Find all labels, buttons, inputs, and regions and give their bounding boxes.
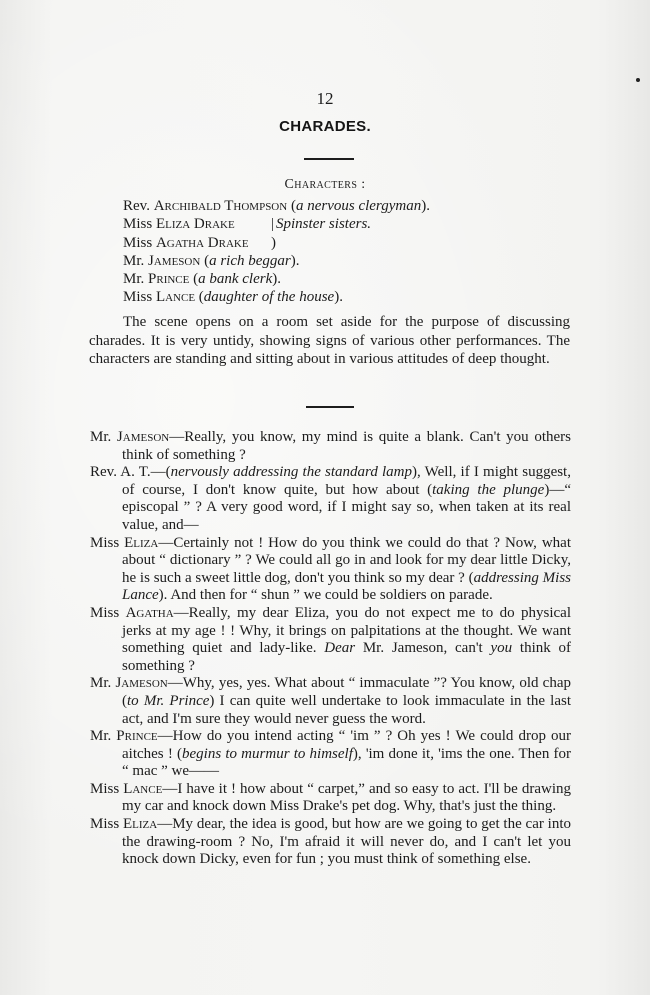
character-entry: Miss Eliza Drake|Spinster sisters. bbox=[123, 215, 430, 233]
speaker-label: Lance bbox=[123, 781, 162, 797]
character-entry: Mr. Prince (a bank clerk). bbox=[123, 270, 430, 288]
stage-direction: Dear bbox=[324, 640, 355, 656]
speaker-prefix: Mr. bbox=[90, 429, 117, 445]
character-entry: Rev. Archibald Thompson (a nervous clerg… bbox=[123, 197, 430, 215]
speech-text: ). And then for “ shun ” we could be sol… bbox=[159, 587, 493, 603]
speech-text: —Really, you know, my mind is quite a bl… bbox=[122, 429, 571, 463]
speaker-label: Prince bbox=[116, 728, 157, 744]
speaker-prefix: Miss bbox=[90, 816, 123, 832]
dialogue-line: Miss Eliza—My dear, the idea is good, bu… bbox=[90, 816, 571, 869]
speaker-prefix: Rev. bbox=[90, 464, 120, 480]
speaker-prefix: Miss bbox=[90, 781, 123, 797]
speaker-label: Eliza bbox=[123, 816, 157, 832]
character-description: a nervous clergyman bbox=[296, 198, 421, 214]
speaker-name: Mr. Jameson bbox=[90, 429, 169, 445]
dialogue: Mr. Jameson—Really, you know, my mind is… bbox=[90, 429, 571, 869]
character-prefix: Mr. bbox=[123, 271, 148, 287]
character-prefix: Miss bbox=[123, 216, 156, 232]
dialogue-line: Miss Eliza—Certainly not ! How do you th… bbox=[90, 535, 571, 605]
bracket-mark: ) bbox=[271, 234, 276, 252]
character-entry: Mr. Jameson (a rich beggar). bbox=[123, 252, 430, 270]
character-name: Archibald Thompson bbox=[154, 198, 288, 214]
speaker-name: Miss Agatha bbox=[90, 605, 174, 621]
stage-direction: to Mr. Prince bbox=[127, 693, 209, 709]
speaker-name: Miss Eliza bbox=[90, 535, 158, 551]
punctuation: ). bbox=[272, 271, 281, 287]
character-group-note: |Spinster sisters. bbox=[271, 215, 371, 233]
speaker-name: Rev. A. T. bbox=[90, 464, 151, 480]
character-name: Agatha Drake bbox=[156, 235, 249, 251]
stage-direction: nervously addressing the standard lamp bbox=[171, 464, 412, 480]
speaker-prefix: Miss bbox=[90, 535, 124, 551]
stage-direction: you bbox=[490, 640, 512, 656]
dialogue-line: Rev. A. T.—(nervously addressing the sta… bbox=[90, 464, 571, 534]
character-name: Jameson bbox=[148, 253, 200, 269]
dialogue-line: Mr. Prince—How do you intend acting “ 'i… bbox=[90, 728, 571, 781]
dialogue-line: Mr. Jameson—Why, yes, yes. What about “ … bbox=[90, 675, 571, 728]
page-number: 12 bbox=[0, 89, 650, 109]
scene-intro: The scene opens on a room set aside for … bbox=[89, 313, 570, 369]
page-title: CHARADES. bbox=[0, 118, 650, 135]
character-entry: Miss Lance (daughter of the house). bbox=[123, 288, 430, 306]
speaker-label: Jameson bbox=[117, 429, 169, 445]
character-description: daughter of the house bbox=[204, 289, 334, 305]
dialogue-line: Mr. Jameson—Really, you know, my mind is… bbox=[90, 429, 571, 464]
dialogue-line: Miss Lance—I have it ! how about “ carpe… bbox=[90, 781, 571, 816]
character-prefix: Miss bbox=[123, 235, 156, 251]
punctuation: ). bbox=[291, 253, 300, 269]
punctuation: ( bbox=[195, 289, 204, 305]
character-entry: Miss Agatha Drake) bbox=[123, 234, 430, 252]
speaker-prefix: Mr. bbox=[90, 675, 115, 691]
note-text: Spinster sisters. bbox=[276, 216, 371, 232]
speech-text: —I have it ! how about “ carpet,” and so… bbox=[122, 781, 571, 815]
speaker-name: Miss Eliza bbox=[90, 816, 157, 832]
speaker-name: Mr. Prince bbox=[90, 728, 158, 744]
speaker-prefix: Mr. bbox=[90, 728, 116, 744]
character-name: Prince bbox=[148, 271, 189, 287]
bracket-mark: | bbox=[271, 215, 274, 233]
speech-text: —My dear, the idea is good, but how are … bbox=[122, 816, 571, 867]
speech-text: —( bbox=[151, 464, 171, 480]
character-description: a rich beggar bbox=[209, 253, 291, 269]
speaker-label: Jameson bbox=[115, 675, 167, 691]
speech-text: Mr. Jameson, can't bbox=[355, 640, 490, 656]
punctuation: ( bbox=[287, 198, 296, 214]
characters-heading: Characters : bbox=[0, 177, 650, 193]
divider-rule bbox=[306, 406, 354, 408]
punctuation: ). bbox=[334, 289, 343, 305]
character-name: Eliza Drake bbox=[156, 216, 235, 232]
divider-rule bbox=[304, 158, 354, 160]
ink-speck bbox=[636, 78, 640, 82]
punctuation: ( bbox=[200, 253, 209, 269]
character-prefix: Mr. bbox=[123, 253, 148, 269]
punctuation: ( bbox=[189, 271, 198, 287]
character-list: Rev. Archibald Thompson (a nervous clerg… bbox=[123, 197, 430, 307]
speaker-label: A. T. bbox=[120, 464, 150, 480]
scanned-page: 12 CHARADES. Characters : Rev. Archibald… bbox=[0, 0, 650, 995]
stage-direction: begins to murmur to himself bbox=[182, 746, 353, 762]
stage-direction: taking the plunge bbox=[432, 482, 544, 498]
speaker-name: Mr. Jameson bbox=[90, 675, 168, 691]
punctuation: ). bbox=[421, 198, 430, 214]
character-name: Lance bbox=[156, 289, 195, 305]
character-prefix: Rev. bbox=[123, 198, 154, 214]
character-prefix: Miss bbox=[123, 289, 156, 305]
speaker-label: Eliza bbox=[124, 535, 158, 551]
speaker-label: Agatha bbox=[126, 605, 174, 621]
character-description: a bank clerk bbox=[198, 271, 272, 287]
speaker-prefix: Miss bbox=[90, 605, 126, 621]
dialogue-line: Miss Agatha—Really, my dear Eliza, you d… bbox=[90, 605, 571, 675]
speaker-name: Miss Lance bbox=[90, 781, 162, 797]
